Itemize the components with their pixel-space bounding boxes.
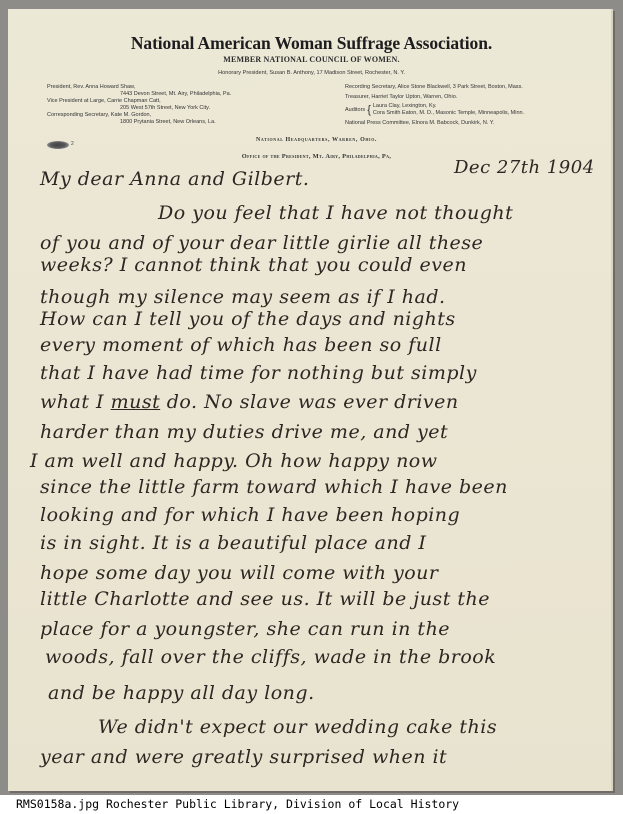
officers-left: President, Rev. Anna Howard Shaw, 7443 D… — [47, 84, 231, 127]
letter-line: Do you feel that I have not thought — [158, 202, 513, 224]
letterhead-honorary: Honorary President, Susan B. Anthony, 17… — [0, 70, 623, 76]
letter-line: place for a youngster, she can run in th… — [40, 618, 450, 640]
officer-press-committee: National Press Committee, Elnora M. Babc… — [345, 120, 524, 127]
letter-line: hope some day you will come with your — [40, 562, 438, 584]
auditor-1: Laura Clay, Lexington, Ky. — [373, 103, 524, 110]
letter-line: since the little farm toward which I hav… — [40, 476, 508, 498]
letter-line: My dear Anna and Gilbert. — [40, 168, 309, 190]
officers-right: Recording Secretary, Alice Stone Blackwe… — [345, 84, 524, 127]
officer-treasurer: Treasurer, Harriet Taylor Upton, Warren,… — [345, 94, 524, 101]
letter-line: harder than my duties drive me, and yet — [40, 421, 448, 443]
letter-line: year and were greatly surprised when it — [40, 746, 447, 768]
officer-corresponding-secretary: Corresponding Secretary, Kate M. Gordon, — [47, 112, 151, 118]
auditor-2: Cora Smith Eaton, M. D., Masonic Temple,… — [373, 110, 524, 117]
officer-auditors: Auditors { Laura Clay, Lexington, Ky. Co… — [345, 103, 524, 117]
letter-line: How can I tell you of the days and night… — [40, 308, 456, 330]
officer-vice-president-address: 205 West 57th Street, New York City. — [47, 105, 231, 112]
letterhead-title: National American Woman Suffrage Associa… — [0, 33, 623, 54]
letter-line: and be happy all day long. — [48, 682, 315, 704]
image-caption: RMS0158a.jpg Rochester Public Library, D… — [0, 795, 623, 814]
officer-president: President, Rev. Anna Howard Shaw, — [47, 84, 135, 90]
letter-line: woods, fall over the cliffs, wade in the… — [45, 646, 496, 668]
letter-line: is in sight. It is a beautiful place and… — [40, 532, 426, 554]
letter-line: every moment of which has been so full — [40, 334, 442, 356]
letterhead-member: MEMBER NATIONAL COUNCIL OF WOMEN. — [0, 55, 623, 64]
officer-vice-president: Vice President at Large, Carrie Chapman … — [47, 98, 161, 104]
officer-corresponding-secretary-address: 1800 Prytania Street, New Orleans, La. — [47, 119, 231, 126]
officer-president-address: 7443 Devon Street, Mt. Airy, Philadelphi… — [47, 91, 231, 98]
letter-line: what I must do. No slave was ever driven — [40, 391, 459, 413]
letter-line: I am well and happy. Oh how happy now — [30, 450, 438, 472]
letter-line: though my silence may seem as if I had. — [40, 286, 446, 308]
letter-line: of you and of your dear little girlie al… — [40, 232, 483, 254]
national-headquarters: National Headquarters, Warren, Ohio. — [0, 137, 623, 143]
underlined-word: must — [111, 391, 161, 413]
letter-line: that I have had time for nothing but sim… — [40, 362, 477, 384]
officer-recording-secretary: Recording Secretary, Alice Stone Blackwe… — [345, 84, 524, 91]
brace-icon: { — [367, 105, 371, 115]
letter-date: Dec 27th 1904 — [454, 157, 595, 178]
letter-line: looking and for which I have been hoping — [40, 504, 460, 526]
letter-line: weeks? I cannot think that you could eve… — [40, 254, 467, 276]
letter-line: little Charlotte and see us. It will be … — [40, 588, 490, 610]
letter-line: We didn't expect our wedding cake this — [98, 716, 497, 738]
scan-background: National American Woman Suffrage Associa… — [0, 0, 623, 795]
auditors-label: Auditors — [345, 107, 365, 114]
